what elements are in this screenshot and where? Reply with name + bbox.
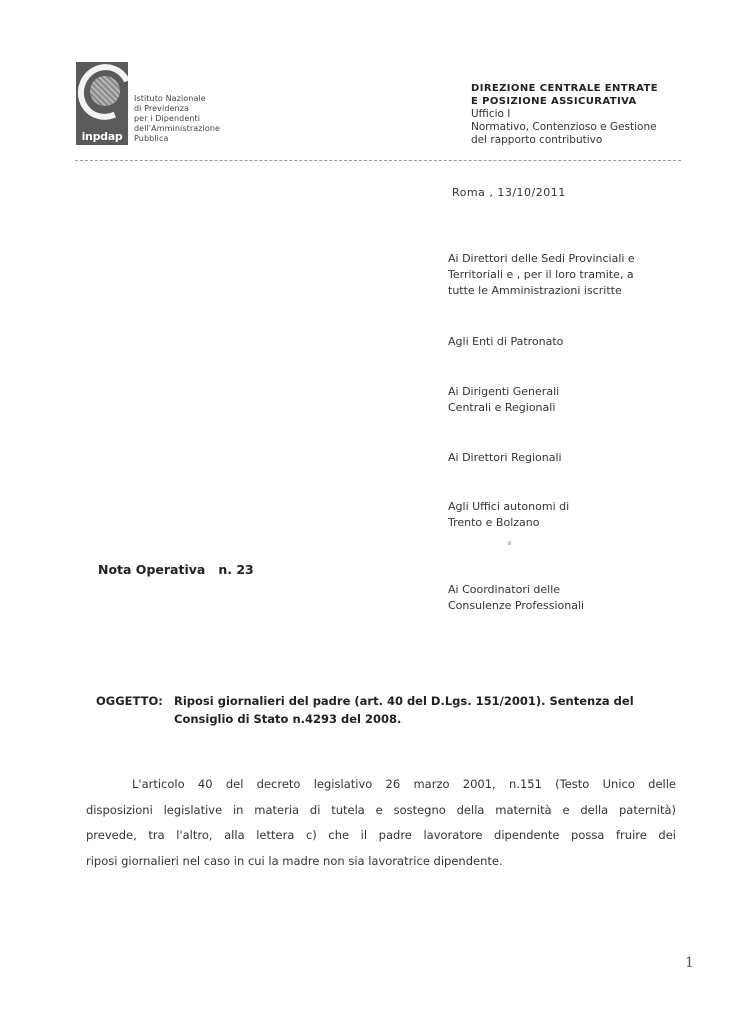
- recipient-line: Ai Dirigenti Generali: [448, 384, 559, 400]
- recipient-line: tutte le Amministrazioni iscritte: [448, 283, 635, 299]
- subject-block: OGGETTO:Riposi giornalieri del padre (ar…: [96, 692, 634, 728]
- recipient-line: Ai Direttori delle Sedi Provinciali e: [448, 251, 635, 267]
- date-line: Roma , 13/10/2011: [452, 186, 566, 199]
- recipient-block: Ai Dirigenti Generali Centrali e Regiona…: [448, 384, 559, 416]
- header-divider: [75, 160, 681, 161]
- department-header: DIREZIONE CENTRALE ENTRATE E POSIZIONE A…: [471, 82, 658, 147]
- inpdap-logo: inpdap: [76, 62, 128, 145]
- recipient-block: Ai Direttori Regionali: [448, 450, 562, 466]
- nota-operativa-number: Nota Operativa n. 23: [98, 562, 254, 577]
- department-title-line1: DIREZIONE CENTRALE ENTRATE: [471, 82, 658, 95]
- body-line: riposi giornalieri nel caso in cui la ma…: [86, 849, 676, 875]
- subject-label: OGGETTO:: [96, 692, 174, 710]
- recipient-line: Centrali e Regionali: [448, 400, 559, 416]
- body-paragraph: L'articolo 40 del decreto legislativo 26…: [86, 772, 676, 874]
- recipient-line: Ai Coordinatori delle: [448, 582, 584, 598]
- department-title-line2: E POSIZIONE ASSICURATIVA: [471, 95, 658, 108]
- scan-artifact: [508, 541, 511, 545]
- logo-wordmark: inpdap: [76, 130, 128, 143]
- recipient-line: Territoriali e , per il loro tramite, a: [448, 267, 635, 283]
- logo-swoosh-icon: [76, 62, 128, 128]
- recipient-block: Ai Coordinatori delle Consulenze Profess…: [448, 582, 584, 614]
- recipient-block: Agli Enti di Patronato: [448, 334, 563, 350]
- body-line: prevede, tra l'altro, alla lettera c) ch…: [86, 823, 676, 849]
- body-line: L'articolo 40 del decreto legislativo 26…: [86, 772, 676, 798]
- institution-line: dell'Amministrazione: [134, 124, 220, 134]
- institution-name: Istituto Nazionale di Previdenza per i D…: [134, 94, 220, 144]
- body-line: disposizioni legislative in materia di t…: [86, 798, 676, 824]
- recipient-line: Ai Direttori Regionali: [448, 450, 562, 466]
- recipient-line: Agli Uffici autonomi di: [448, 499, 569, 515]
- office-description-line1: Normativo, Contenzioso e Gestione: [471, 121, 658, 134]
- recipient-line: Consulenze Professionali: [448, 598, 584, 614]
- institution-line: Pubblica: [134, 134, 220, 144]
- institution-line: per i Dipendenti: [134, 114, 220, 124]
- institution-line: di Previdenza: [134, 104, 220, 114]
- page-number: 1: [685, 955, 694, 971]
- subject-line1: Riposi giornalieri del padre (art. 40 de…: [174, 694, 634, 708]
- subject-line2: Consiglio di Stato n.4293 del 2008.: [96, 710, 634, 728]
- recipient-block: Agli Uffici autonomi di Trento e Bolzano: [448, 499, 569, 531]
- office-name: Ufficio I: [471, 108, 658, 121]
- institution-line: Istituto Nazionale: [134, 94, 220, 104]
- recipient-line: Agli Enti di Patronato: [448, 334, 563, 350]
- office-description-line2: del rapporto contributivo: [471, 134, 658, 147]
- recipient-block: Ai Direttori delle Sedi Provinciali e Te…: [448, 251, 635, 299]
- recipient-line: Trento e Bolzano: [448, 515, 569, 531]
